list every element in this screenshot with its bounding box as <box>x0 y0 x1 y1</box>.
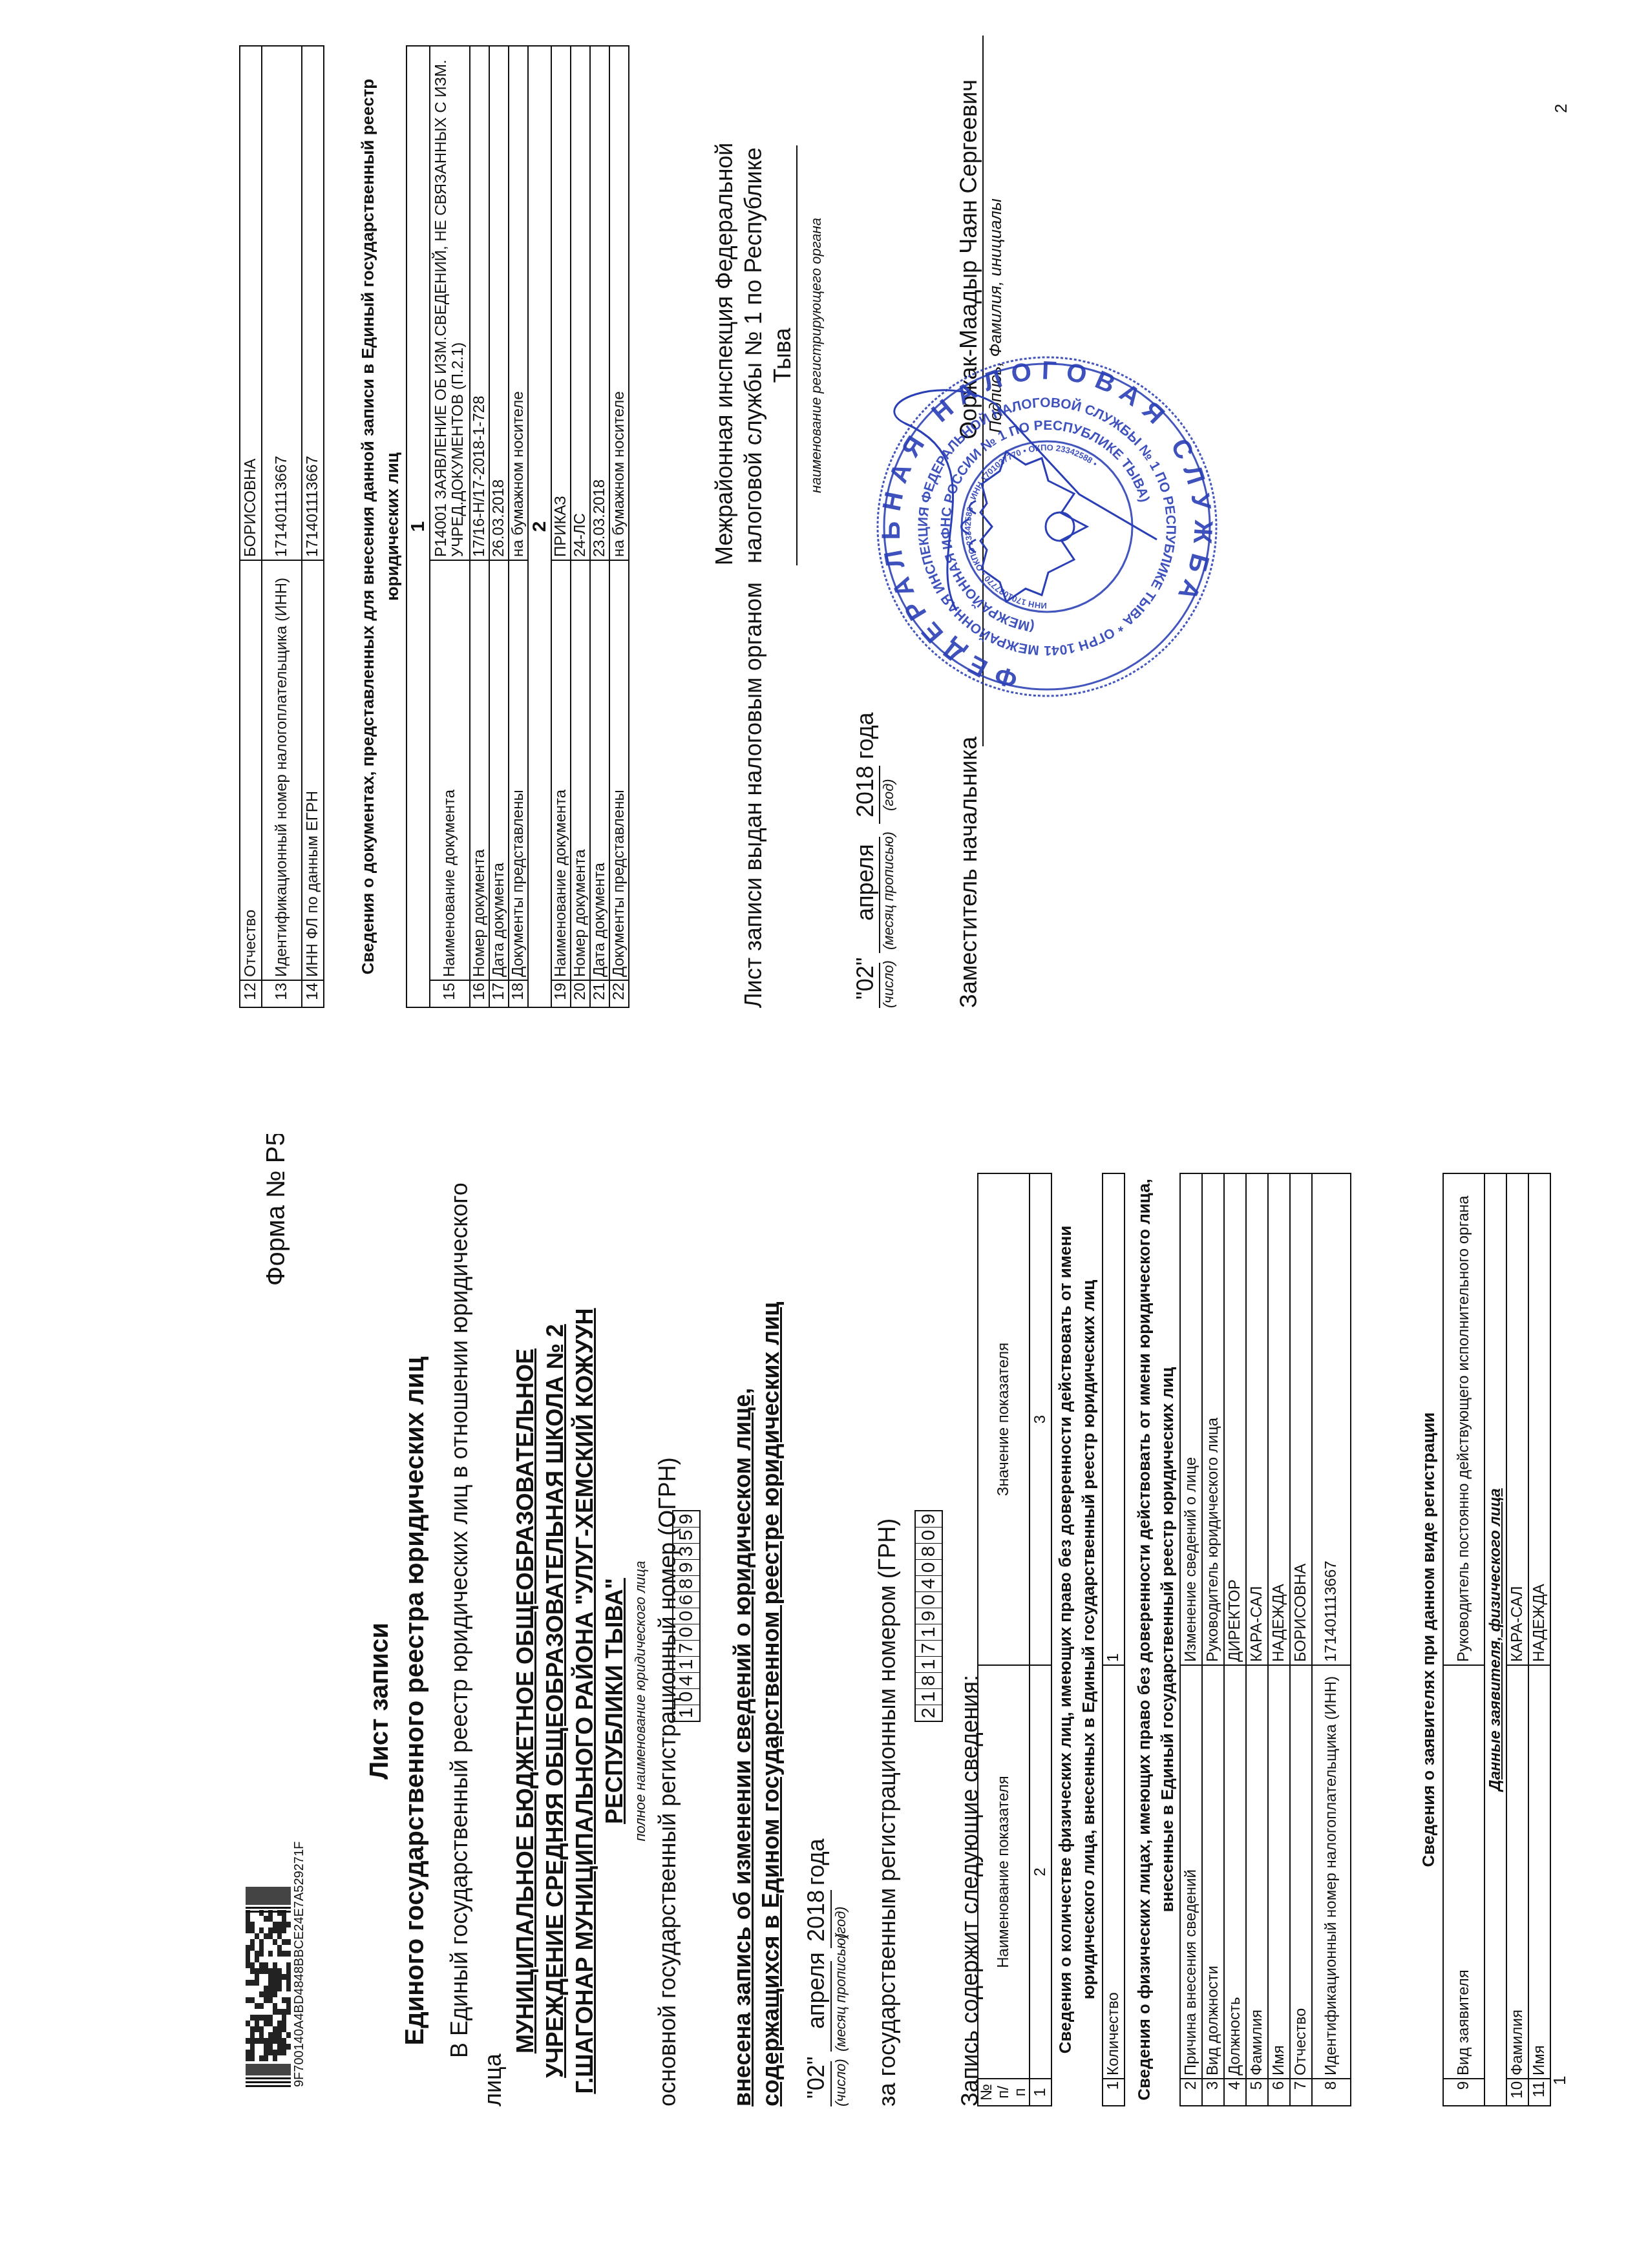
issuing-authority-line-3: Тыва <box>769 145 796 565</box>
intro-line-2: лица <box>480 2053 507 2106</box>
page-number: 2 <box>1551 104 1571 113</box>
ogrn-digit: 8 <box>673 1575 699 1591</box>
documents-table: 115Наименование документаР14001 ЗАЯВЛЕНИ… <box>406 45 629 1008</box>
grn-digit: 0 <box>916 1527 942 1543</box>
date-day-caption: (число) <box>832 2059 849 2106</box>
signer-position: Заместитель начальника <box>955 737 982 1008</box>
col-header-value: Значение показателя <box>978 1173 1030 1665</box>
table-row: 1 Количество 1 <box>1103 1173 1125 2106</box>
ogrn-digit-boxes: 1041700689359 <box>672 1510 701 1722</box>
org-name-line-3: Г.ШАГОНАР МУНИЦИПАЛЬНОГО РАЙОНА "УЛУГ-ХЕ… <box>571 1134 598 2268</box>
ogrn-digit: 9 <box>673 1511 699 1527</box>
grn-digit: 9 <box>916 1608 942 1624</box>
table-row: 12ОтчествоБОРИСОВНА <box>240 46 262 1007</box>
org-name-caption: полное наименование юридического лица <box>632 1134 649 2268</box>
org-name-line-1: МУНИЦИПАЛЬНОЕ БЮДЖЕТНОЕ ОБЩЕОБРАЗОВАТЕЛЬ… <box>512 1134 539 2268</box>
date-year-suffix: года <box>803 1838 830 1885</box>
date-day: "02" <box>803 2056 830 2099</box>
table-row: 21Дата документа23.03.2018 <box>590 46 609 1007</box>
ogrn-digit: 1 <box>673 1656 699 1672</box>
issuing-authority-line-2: налоговой службы № 1 по Республике <box>740 145 767 565</box>
date-day: "02" <box>852 957 879 1000</box>
ogrn-digit: 1 <box>673 1705 699 1721</box>
barcode-icon <box>246 1887 291 2087</box>
documents-title: Сведения о документах, представленных дл… <box>355 45 405 1008</box>
ogrn-digit: 6 <box>673 1591 699 1608</box>
table-row: 5ФамилияКАРА-САЛ <box>1246 1173 1268 2106</box>
org-name-line-2: УЧРЕЖДЕНИЕ СРЕДНЯЯ ОБЩЕОБРАЗОВАТЕЛЬНАЯ Ш… <box>542 1134 569 2268</box>
issuing-authority-line-1: Межрайонная инспекция Федеральной <box>711 145 738 565</box>
table-row: 6ИмяНАДЕЖДА <box>1268 1173 1290 2106</box>
org-name-line-4: РЕСПУБЛИКИ ТЫВА" <box>601 1134 628 2268</box>
ogrn-digit: 3 <box>673 1543 699 1559</box>
entry-line-1: внесена запись об изменении сведений о ю… <box>729 1388 756 2106</box>
page-number: 1 <box>1550 2076 1570 2085</box>
table-row: 11ИмяНАДЕЖДА <box>1528 1173 1550 2106</box>
count-table: 1 Количество 1 <box>1102 1173 1125 2106</box>
scanned-document: 9F700140A4BD4848BBCE24E7A529271F Форма №… <box>0 0 1648 2268</box>
grn-digit: 4 <box>916 1575 942 1591</box>
issuing-authority-caption: наименование регистрирующего органа <box>808 145 825 565</box>
table-row: 16Номер документа17/16-Н/17-2018-1-728 <box>470 46 489 1007</box>
entry-line-2: содержащихся в Едином государственном ре… <box>757 1302 785 2106</box>
table-row: 22Документы представленына бумажном носи… <box>609 46 629 1007</box>
ogrn-digit: 7 <box>673 1640 699 1656</box>
col-header-num: № п/п <box>978 2079 1030 2106</box>
grn-label: за государственным регистрационным номер… <box>874 1518 901 2106</box>
ogrn-digit: 5 <box>673 1527 699 1543</box>
barcode-code: 9F700140A4BD4848BBCE24E7A529271F <box>292 1842 307 2087</box>
ogrn-digit: 0 <box>673 1624 699 1640</box>
grn-digit-boxes: 2181719040809 <box>914 1510 943 1722</box>
ogrn-digit: 0 <box>673 1608 699 1624</box>
table-row: 10ФамилияКАРА-САЛ <box>1506 1173 1528 2106</box>
table-row: 8Идентификационный номер налогоплательщи… <box>1312 1173 1351 2106</box>
table-row: 19Наименование документаПРИКАЗ <box>551 46 571 1007</box>
date-year: 2018 <box>803 1890 830 1942</box>
col-header-name: Наименование показателя <box>978 1665 1030 2079</box>
page-2: 2 12ОтчествоБОРИСОВНА13Идентификационный… <box>0 0 1648 1134</box>
table-row: 15Наименование документаР14001 ЗАЯВЛЕНИЕ… <box>430 46 470 1007</box>
grn-digit: 0 <box>916 1591 942 1608</box>
date-year-caption: (год) <box>880 779 897 811</box>
grn-digit: 8 <box>916 1543 942 1559</box>
date-year-suffix: года <box>852 712 879 759</box>
persons-table: 2Причина внесения сведенийИзменение свед… <box>1179 1173 1351 2106</box>
document-index: 2 <box>528 46 551 1007</box>
grn-digit: 2 <box>916 1705 942 1721</box>
table-row: 2Причина внесения сведенийИзменение свед… <box>1180 1173 1202 2106</box>
grn-digit: 9 <box>916 1511 942 1527</box>
document-subtitle: Единого государственного реестра юридиче… <box>401 1134 430 2268</box>
date-month-caption: (месяц прописью) <box>832 1933 849 2052</box>
date-year: 2018 <box>852 766 879 817</box>
issued-by-label: Лист записи выдан налоговым органом <box>740 582 767 1008</box>
table-row: 14ИНН ФЛ по данным ЕГРН171401113667 <box>302 46 324 1007</box>
table-row: 3Вид должностиРуководитель юридического … <box>1202 1173 1224 2106</box>
document-index: 1 <box>407 46 430 1007</box>
ogrn-digit: 0 <box>673 1688 699 1705</box>
date-year-caption: (год) <box>832 1906 849 1938</box>
applicants-table: 9 Вид заявителя Руководитель постоянно д… <box>1442 1173 1551 2106</box>
table-row: 7ОтчествоБОРИСОВНА <box>1290 1173 1312 2106</box>
table-row: 17Дата документа26.03.2018 <box>489 46 509 1007</box>
section-persons-title: Сведения о физических лицах, имеющих пра… <box>1132 1173 1179 2106</box>
table-row: 9 Вид заявителя Руководитель постоянно д… <box>1443 1173 1484 2106</box>
applicant-subheader: Данные заявителя, физического лица <box>1484 1173 1506 2106</box>
date-month-caption: (месяц прописью) <box>880 832 897 950</box>
table-row: 13Идентификационный номер налогоплательщ… <box>262 46 302 1007</box>
table-row: 18Документы представленына бумажном носи… <box>509 46 528 1007</box>
table-row: 20Номер документа24-ЛС <box>571 46 590 1007</box>
page-1: 9F700140A4BD4848BBCE24E7A529271F Форма №… <box>0 1134 1648 2268</box>
ogrn-digit: 4 <box>673 1672 699 1688</box>
grn-digit: 1 <box>916 1656 942 1672</box>
date-day-caption: (число) <box>880 960 897 1008</box>
document-title: Лист записи <box>365 1134 394 2268</box>
official-stamp-icon: ФЕДЕРАЛЬНАЯ НАЛОГОВАЯ СЛУЖБА МЕЖРАЙОННАЯ… <box>866 346 1228 708</box>
svg-text:ИНН 1701037770 • ОКПО 23342588: ИНН 1701037770 • ОКПО 23342588 • ИНН 170… <box>963 443 1099 611</box>
section-count-title: Сведения о количестве физических лиц, им… <box>1053 1173 1100 2106</box>
grn-digit: 8 <box>916 1672 942 1688</box>
table-row: 4ДолжностьДИРЕКТОР <box>1224 1173 1246 2106</box>
intro-line-1: В Единый государственный реестр юридичес… <box>446 1182 473 2058</box>
grn-digit: 7 <box>916 1640 942 1656</box>
grn-digit: 1 <box>916 1688 942 1705</box>
section-applicants-title: Сведения о заявителях при данном виде ре… <box>1419 1173 1439 2106</box>
applicant-continued-table: 12ОтчествоБОРИСОВНА13Идентификационный н… <box>239 45 324 1008</box>
header-table: № п/п Наименование показателя Значение п… <box>977 1173 1052 2106</box>
ogrn-digit: 9 <box>673 1559 699 1575</box>
date-month: апреля <box>852 844 879 921</box>
date-month: апреля <box>803 1952 830 2029</box>
grn-digit: 0 <box>916 1559 942 1575</box>
grn-digit: 1 <box>916 1624 942 1640</box>
